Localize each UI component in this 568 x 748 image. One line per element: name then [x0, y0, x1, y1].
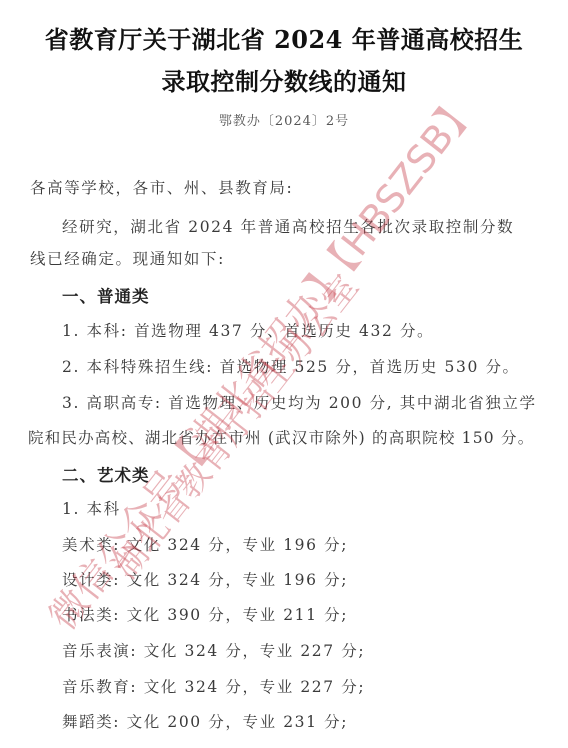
- arts-subheading-undergraduate: 1. 本科: [62, 497, 121, 519]
- document-title-line-2: 录取控制分数线的通知: [0, 62, 568, 97]
- notice-document: 省教育厅关于湖北省 2024 年普通高校招生 录取控制分数线的通知 鄂教办〔20…: [0, 0, 568, 748]
- arts-item-design: 设计类: 文化 324 分，专业 196 分;: [62, 568, 348, 590]
- arts-item-music-performance: 音乐表演: 文化 324 分，专业 227 分;: [62, 639, 365, 661]
- general-item-vocational: 3. 高职高专: 首选物理、历史均为 200 分, 其中湖北省独立学: [62, 391, 537, 413]
- general-item-special: 2. 本科特殊招生线: 首选物理 525 分，首选历史 530 分。: [62, 355, 520, 377]
- document-number: 鄂教办〔2024〕2号: [0, 110, 568, 129]
- salutation: 各高等学校，各市、州、县教育局:: [30, 176, 293, 198]
- general-item-vocational-continued: 院和民办高校、湖北省办在市州 (武汉市除外) 的高职院校 150 分。: [28, 426, 534, 448]
- arts-item-fine-arts: 美术类: 文化 324 分，专业 196 分;: [62, 533, 348, 555]
- arts-item-music-education: 音乐教育: 文化 324 分，专业 227 分;: [62, 675, 365, 697]
- section-heading-arts: 二、艺术类: [62, 462, 150, 486]
- intro-paragraph-line-1: 经研究，湖北省 2024 年普通高校招生各批次录取控制分数: [62, 215, 514, 237]
- section-heading-general: 一、普通类: [62, 283, 150, 307]
- general-item-undergraduate: 1. 本科: 首选物理 437 分、首选历史 432 分。: [62, 319, 434, 341]
- arts-item-calligraphy: 书法类: 文化 390 分，专业 211 分;: [62, 603, 348, 625]
- arts-item-dance: 舞蹈类: 文化 200 分，专业 231 分;: [62, 710, 348, 732]
- intro-paragraph-line-2: 线已经确定。现通知如下:: [30, 247, 225, 269]
- document-title-line-1: 省教育厅关于湖北省 2024 年普通高校招生: [0, 20, 568, 55]
